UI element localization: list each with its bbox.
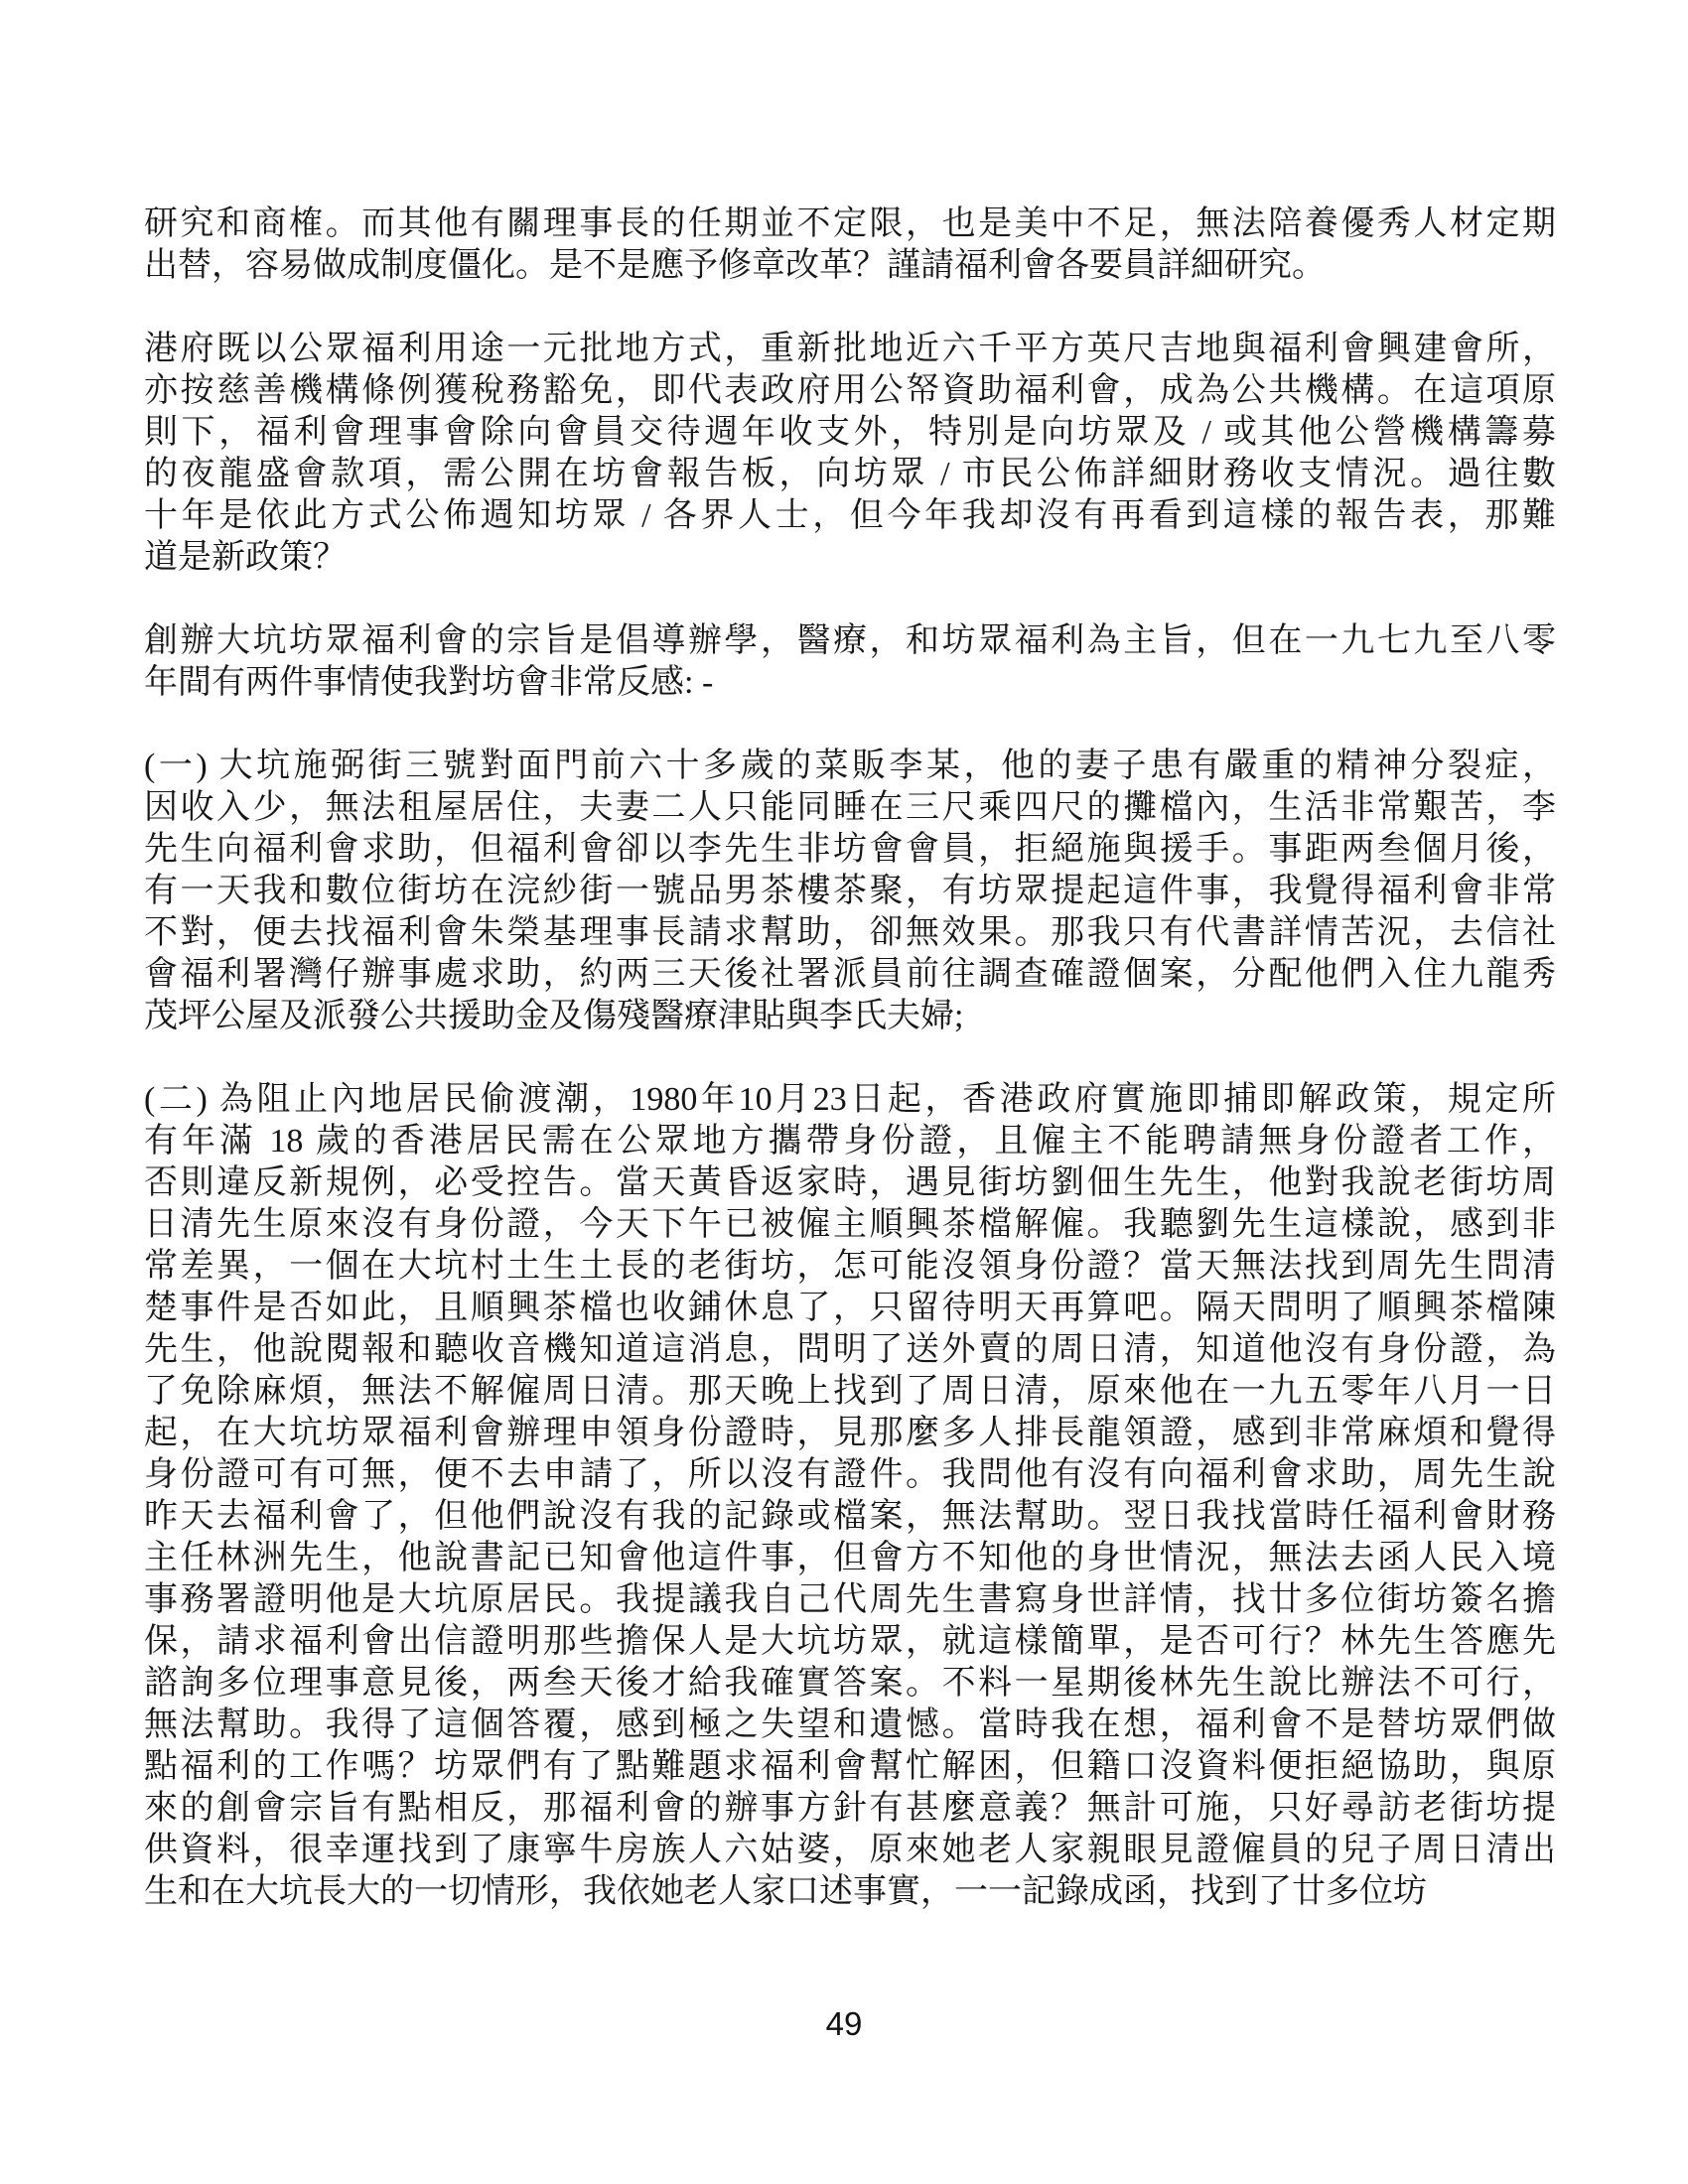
- text-line: 身份證可有可無，便不去申請了，所以沒有證件。我問他有沒有向福利會求助，周先生說: [144, 1454, 1556, 1496]
- text-line: (二) 為阻止內地居民偷渡潮，1980年10月23日起，香港政府實施即捕即解政策…: [144, 1079, 1556, 1121]
- text-line: 先生向福利會求助，但福利會卻以李先生非坊會會員，拒絕施與援手。事距两叁個月後，: [144, 829, 1556, 871]
- text-line: 茂坪公屋及派發公共援助金及傷殘醫療津貼與李氏夫婦;: [144, 996, 1556, 1037]
- paragraph: 港府既以公眾福利用途一元批地方式，重新批地近六千平方英尺吉地與福利會興建會所，亦…: [144, 329, 1556, 579]
- text-line: 供資料，很幸運找到了康寧牛房族人六姑婆，原來她老人家親眼見證僱員的兒子周日清出: [144, 1830, 1556, 1871]
- text-line: 因收入少，無法租屋居住，夫妻二人只能同睡在三尺乘四尺的攤檔內，生活非常艱苦，李: [144, 787, 1556, 829]
- text-line: 昨天去福利會了，但他們說沒有我的記錄或檔案，無法幫助。翌日我找當時任福利會財務: [144, 1496, 1556, 1538]
- text-line: 會福利署灣仔辦事處求助，約两三天後社署派員前往調查確證個案，分配他們入住九龍秀: [144, 954, 1556, 996]
- text-line: 保，請求福利會出信證明那些擔保人是大坑坊眾，就這樣簡單，是否可行？林先生答應先: [144, 1621, 1556, 1663]
- text-line: 則下，福利會理事會除向會員交待週年收支外，特別是向坊眾及 / 或其他公營機構籌募: [144, 412, 1556, 454]
- text-line: 諮詢多位理事意見後，两叁天後才給我確實答案。不料一星期後林先生說比辦法不可行，: [144, 1663, 1556, 1705]
- text-line: 的夜龍盛會款項，需公開在坊會報告板，向坊眾 / 市民公佈詳細財務收支情況。過往數: [144, 454, 1556, 495]
- text-line: 事務署證明他是大坑原居民。我提議我自己代周先生書寫身世詳情，找廿多位街坊簽名擔: [144, 1579, 1556, 1621]
- text-line: 有年滿 18 歲的香港居民需在公眾地方攜帶身份證，且僱主不能聘請無身份證者工作，: [144, 1121, 1556, 1162]
- text-line: 常差異，一個在大坑村土生土長的老街坊，怎可能沒領身份證？當天無法找到周先生問清: [144, 1246, 1556, 1288]
- text-line: 創辦大坑坊眾福利會的宗旨是倡導辦學，醫療，和坊眾福利為主旨，但在一九七九至八零: [144, 620, 1556, 662]
- document-body: 研究和商榷。而其他有關理事長的任期並不定限，也是美中不足，無法陪養優秀人材定期出…: [144, 204, 1556, 1913]
- text-line: 無法幫助。我得了這個答覆，感到極之失望和遺憾。當時我在想，福利會不是替坊眾們做: [144, 1705, 1556, 1746]
- text-line: 年間有两件事情使我對坊會非常反感: -: [144, 662, 1556, 704]
- text-line: 生和在大坑長大的一切情形，我依她老人家口述事實，一一記錄成函，找到了廿多位坊: [144, 1871, 1556, 1913]
- text-line: 點福利的工作嗎？坊眾們有了點難題求福利會幫忙解困，但籍口沒資料便拒絕協助，與原: [144, 1746, 1556, 1788]
- text-line: 主任林洲先生，他說書記已知會他這件事，但會方不知他的身世情況，無法去函人民入境: [144, 1538, 1556, 1579]
- text-line: 日清先生原來沒有身份證，今天下午已被僱主順興茶檔解僱。我聽劉先生這樣說，感到非: [144, 1204, 1556, 1246]
- text-line: 不對，便去找福利會朱榮基理事長請求幫助，卻無效果。那我只有代書詳情苦況，去信社: [144, 912, 1556, 954]
- text-line: 亦按慈善機構條例獲稅務豁免，即代表政府用公帑資助福利會，成為公共機構。在這項原: [144, 370, 1556, 412]
- text-line: (一) 大坑施弼街三號對面門前六十多歲的菜販李某，他的妻子患有嚴重的精神分裂症，: [144, 746, 1556, 787]
- text-line: 否則違反新規例，必受控告。當天黃昏返家時，遇見街坊劉佃生先生，他對我說老街坊周: [144, 1162, 1556, 1204]
- text-line: 來的創會宗旨有點相反，那福利會的辦事方針有甚麼意義？無計可施，只好尋訪老街坊提: [144, 1788, 1556, 1830]
- text-line: 先生，他說閱報和聽收音機知道這消息，問明了送外賣的周日清，知道他沒有身份證，為: [144, 1329, 1556, 1371]
- text-line: 出替，容易做成制度僵化。是不是應予修章改革？謹請福利會各要員詳細研究。: [144, 245, 1556, 287]
- text-line: 十年是依此方式公佈週知坊眾 / 各界人士，但今年我却沒有再看到這樣的報告表，那難: [144, 495, 1556, 537]
- text-line: 道是新政策？: [144, 537, 1556, 579]
- document-page: 研究和商榷。而其他有關理事長的任期並不定限，也是美中不足，無法陪養優秀人材定期出…: [0, 0, 1688, 2184]
- paragraph: (二) 為阻止內地居民偷渡潮，1980年10月23日起，香港政府實施即捕即解政策…: [144, 1079, 1556, 1913]
- text-line: 楚事件是否如此，且順興茶檔也收鋪休息了，只留待明天再算吧。隔天問明了順興茶檔陳: [144, 1288, 1556, 1329]
- text-line: 有一天我和數位街坊在浣紗街一號品男茶樓茶聚，有坊眾提起這件事，我覺得福利會非常: [144, 871, 1556, 912]
- paragraph: (一) 大坑施弼街三號對面門前六十多歲的菜販李某，他的妻子患有嚴重的精神分裂症，…: [144, 746, 1556, 1037]
- paragraph: 創辦大坑坊眾福利會的宗旨是倡導辦學，醫療，和坊眾福利為主旨，但在一九七九至八零年…: [144, 620, 1556, 704]
- text-line: 起，在大坑坊眾福利會辦理申領身份證時，見那麼多人排長龍領證，感到非常麻煩和覺得: [144, 1413, 1556, 1454]
- paragraph: 研究和商榷。而其他有關理事長的任期並不定限，也是美中不足，無法陪養優秀人材定期出…: [144, 204, 1556, 287]
- page-number: 49: [0, 2005, 1688, 2043]
- text-line: 港府既以公眾福利用途一元批地方式，重新批地近六千平方英尺吉地與福利會興建會所，: [144, 329, 1556, 370]
- text-line: 研究和商榷。而其他有關理事長的任期並不定限，也是美中不足，無法陪養優秀人材定期: [144, 204, 1556, 245]
- text-line: 了免除麻煩，無法不解僱周日清。那天晚上找到了周日清，原來他在一九五零年八月一日: [144, 1371, 1556, 1413]
